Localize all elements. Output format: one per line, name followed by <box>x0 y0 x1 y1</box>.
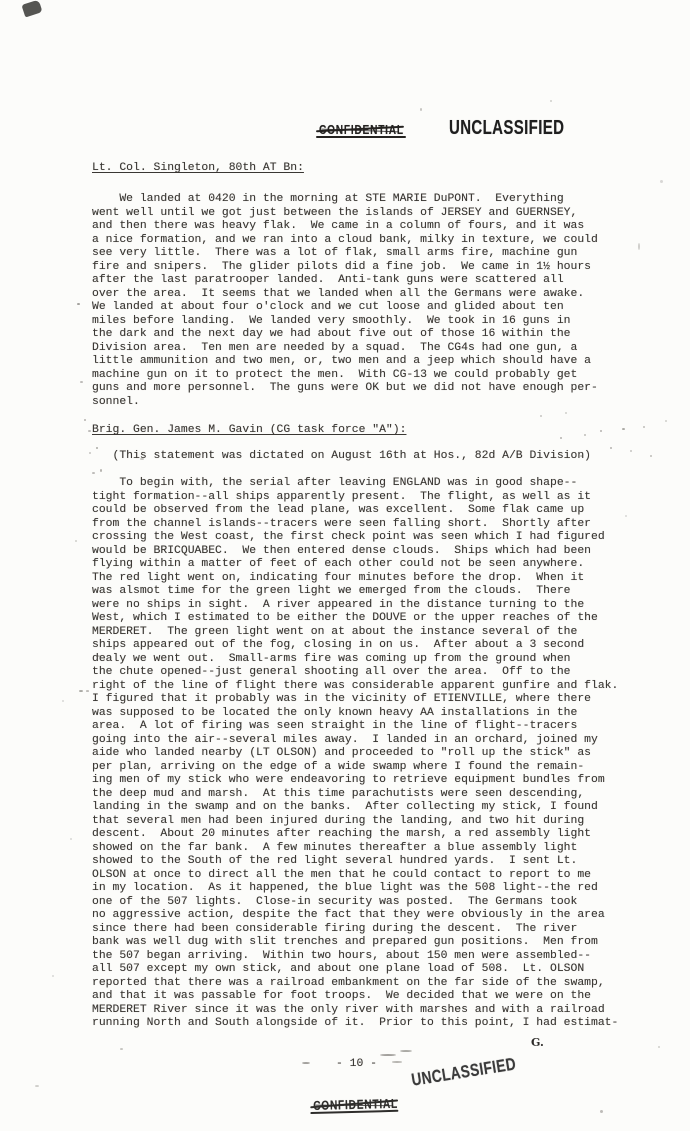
scan-speck <box>400 1050 412 1052</box>
scan-speck <box>565 412 567 414</box>
stamp-unclassified-bottom: UNCLASSIFIED <box>410 1049 547 1091</box>
stamp-unclassified-top-text: UNCLASSIFIED <box>449 117 564 140</box>
section-heading-gavin: Brig. Gen. James M. Gavin (CG task force… <box>92 424 406 438</box>
scan-speck <box>380 1054 396 1056</box>
scan-speck <box>96 447 98 449</box>
scan-speck <box>88 430 91 432</box>
scan-speck <box>625 515 627 517</box>
scan-speck <box>392 1061 402 1063</box>
scan-speck <box>550 100 552 102</box>
stamp-unclassified-top: UNCLASSIFIED <box>449 117 603 140</box>
scan-speck <box>584 434 586 436</box>
scan-speck <box>120 1048 123 1050</box>
scan-speck <box>75 540 77 542</box>
scan-speck <box>62 700 64 702</box>
scan-ink-blob <box>21 0 42 17</box>
page-number: - 10 - <box>336 1058 377 1072</box>
scan-speck <box>92 472 95 474</box>
document-page: CONFIDENTIAL UNCLASSIFIED Lt. Col. Singl… <box>0 0 690 1131</box>
scan-speck <box>638 243 640 250</box>
scan-speck <box>80 381 83 383</box>
underline-mark <box>316 136 406 138</box>
scan-speck <box>540 415 542 417</box>
scan-speck <box>167 456 170 458</box>
scan-speck <box>560 437 562 439</box>
scan-speck <box>52 975 54 977</box>
scan-speck <box>77 303 80 305</box>
scan-speck <box>86 690 89 692</box>
scan-speck <box>420 108 422 111</box>
scan-speck <box>100 469 102 472</box>
handwritten-mark: G. <box>531 1036 544 1049</box>
scan-speck <box>580 455 583 457</box>
scan-speck <box>600 1110 603 1113</box>
scan-speck <box>660 180 663 183</box>
scan-speck <box>658 1046 660 1048</box>
scan-speck <box>630 450 632 452</box>
paragraph-singleton: We landed at 0420 in the morning at STE … <box>92 193 598 409</box>
section-heading-singleton: Lt. Col. Singleton, 80th AT Bn: <box>92 162 304 176</box>
scan-speck <box>600 430 602 432</box>
scan-speck <box>650 455 652 457</box>
scan-speck <box>643 426 645 428</box>
stamp-unclassified-bottom-text: UNCLASSIFIED <box>410 1053 518 1090</box>
scan-speck <box>302 1062 310 1064</box>
stamp-confidential-bottom: CONFIDENTIAL <box>313 1095 422 1113</box>
scan-speck <box>89 452 91 454</box>
scan-speck <box>84 419 86 421</box>
scan-speck <box>665 420 667 422</box>
scan-speck <box>97 655 100 657</box>
scan-speck <box>140 458 144 460</box>
stamp-confidential-top: CONFIDENTIAL <box>319 122 428 137</box>
scan-speck <box>79 690 83 692</box>
scan-speck <box>35 1085 39 1087</box>
scan-speck <box>70 838 72 840</box>
paragraph-gavin: To begin with, the serial after leaving … <box>92 477 618 1031</box>
scan-speck <box>622 428 625 430</box>
scan-speck <box>610 447 612 449</box>
